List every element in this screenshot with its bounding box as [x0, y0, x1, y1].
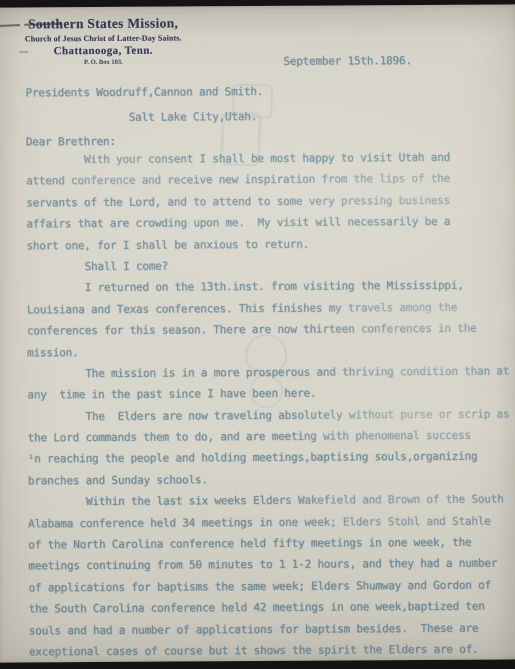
typed-line: short one, for I shall be anxious to ret… [26, 232, 508, 256]
typed-line: With your consent I shall be most happy … [26, 146, 508, 170]
typed-line: meetings continuing from 50 minutes to 1… [28, 553, 510, 577]
typed-line: souls and had a number of applications f… [29, 617, 511, 641]
salutation: Dear Brethren: [26, 135, 116, 149]
paragraph: I returned on the 13th.inst. from visiti… [27, 275, 510, 364]
paragraph: With your consent I shall be most happy … [26, 146, 509, 256]
letter-paper: Southern States Mission, Church of Jesus… [0, 4, 515, 662]
typed-line: The mission is in a more prosperous and … [27, 360, 509, 384]
typed-line: exceptional cases of course but it shows… [29, 638, 511, 662]
letterhead-organization: Southern States Mission, [13, 15, 193, 32]
letterhead-church: Church of Jesus Christ of Latter-Day Sai… [13, 33, 193, 43]
letterhead: Southern States Mission, Church of Jesus… [13, 15, 193, 66]
letter-body: With your consent I shall be most happy … [26, 146, 511, 662]
typed-line: of the North Carolina conference held fi… [28, 531, 510, 555]
typed-line: any time in the past since I have been h… [27, 382, 509, 406]
typed-line: Louisiana and Texas conferences. This fi… [27, 296, 509, 320]
recipients-line: Presidents Woodruff,Cannon and Smith. [25, 85, 263, 99]
typed-line: of applications for baptisms the same we… [28, 574, 510, 598]
paragraph: Shall I come? [27, 253, 509, 277]
paragraph: The mission is in a more prosperous and … [27, 360, 509, 406]
typed-line: affairs that are crowding upon me. My vi… [26, 211, 508, 235]
letterhead-po-box: P. O. Box 103. [13, 58, 193, 66]
typed-line: attend conference and receive new inspir… [26, 168, 508, 192]
scanned-letter-photo: Southern States Mission, Church of Jesus… [0, 0, 515, 669]
typed-line: Within the last six weeks Elders Wakefie… [28, 489, 510, 513]
typed-line: the South Carolina conference held 42 me… [29, 596, 511, 620]
paragraph: The Elders are now traveling absolutely … [27, 403, 510, 492]
typed-line: conferences for this season. There are n… [27, 318, 509, 342]
typed-line: branches and Sunday schools. [28, 467, 510, 491]
typed-line: ⁱn reaching the people and holding meeti… [28, 446, 510, 470]
date-line: September 15th.1896. [283, 54, 412, 68]
typed-line: Alabama conference held 34 meetings in o… [28, 510, 510, 534]
typed-line: Shall I come? [27, 253, 509, 277]
recipient-city: Salt Lake City,Utah. [129, 110, 258, 124]
typed-line: I returned on the 13th.inst. from visiti… [27, 275, 509, 299]
typed-line: The Elders are now traveling absolutely … [27, 403, 509, 427]
typed-line: servants of the Lord, and to attend to s… [26, 189, 508, 213]
paragraph: Within the last six weeks Elders Wakefie… [28, 489, 511, 663]
typed-line: mission. [27, 339, 509, 363]
letterhead-city: Chattanooga, Tenn. [13, 44, 193, 57]
typed-line: the Lord commands them to do, and are me… [28, 425, 510, 449]
